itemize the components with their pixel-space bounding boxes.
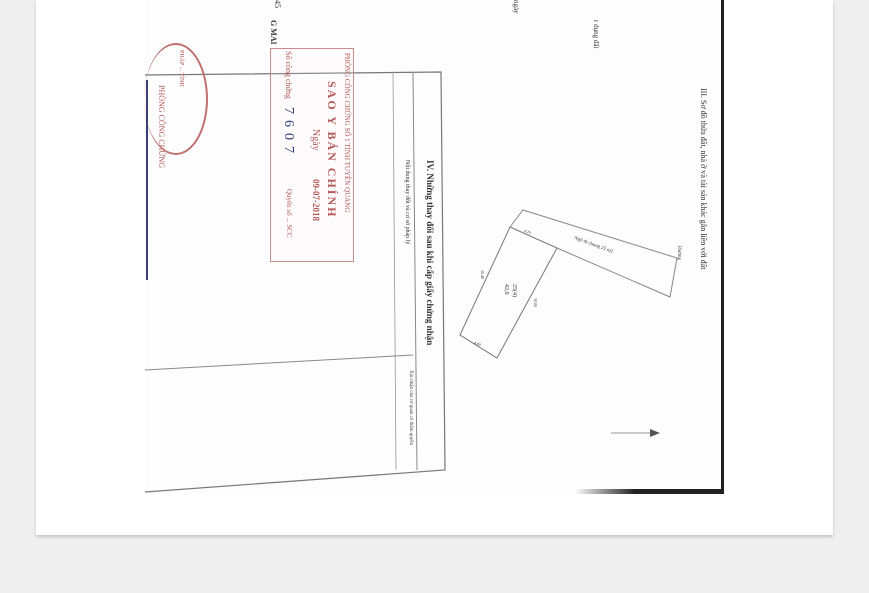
stamp-date-value: 09-07-2018 xyxy=(311,179,321,221)
partial-text: ngày xyxy=(512,0,520,14)
partial-text: G MAI xyxy=(269,20,278,45)
table-header-confirmation: Xác nhận của cơ quan có thẩm quyền xyxy=(408,370,413,450)
parcel-area: 42,0 xyxy=(503,284,509,295)
section-iv-title: IV. Những thay đổi sau khi cấp giấy chứn… xyxy=(425,160,435,345)
road-label: Đường xyxy=(676,246,681,260)
signature-mark xyxy=(146,80,148,280)
notary-seal: PHÁP ... TỈNH PHÒNG CÔNG CHỨNG xyxy=(144,43,208,155)
partial-text: 45 xyxy=(273,0,282,8)
edge-right: 10.00 xyxy=(533,298,538,307)
edge-left: 10.40 xyxy=(480,270,485,279)
table-header-content: Nội dung thay đổi và cơ sở pháp lý xyxy=(404,160,410,244)
plot-diagram xyxy=(145,0,725,494)
parcel-label: 25(4) xyxy=(511,284,517,297)
stamp-date-label: Ngày xyxy=(310,129,321,151)
stamp-title: SAO Y BẢN CHÍNH xyxy=(324,81,339,218)
certified-copy-stamp: PHÒNG CÔNG CHỨNG SỐ 1 TỈNH TUYÊN QUANG S… xyxy=(270,48,354,262)
scan-border xyxy=(575,489,724,494)
stamp-book-label: Quyển số ... SCC xyxy=(285,189,293,238)
scan-border xyxy=(721,0,724,494)
scanned-certificate: III. Sơ đồ thửa đất, nhà ở và tài sản kh… xyxy=(145,0,725,494)
partial-text: r dụng đất xyxy=(592,20,600,48)
stamp-office: PHÒNG CÔNG CHỨNG SỐ 1 TỈNH TUYÊN QUANG xyxy=(343,53,351,212)
stamp-number-label: Số công chứng xyxy=(284,51,293,99)
stamp-number-value: 7607 xyxy=(280,107,296,159)
section-iii-title: III. Sơ đồ thửa đất, nhà ở và tài sản kh… xyxy=(699,88,708,269)
